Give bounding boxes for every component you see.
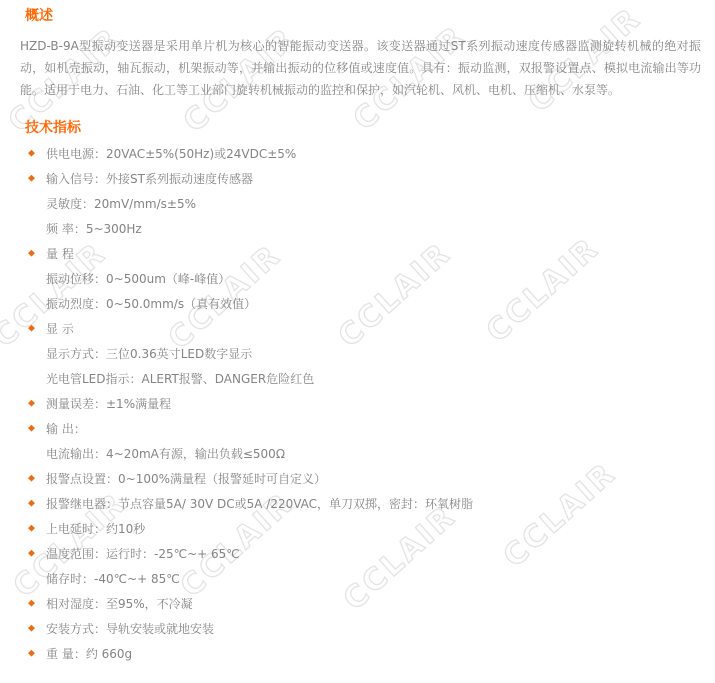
spec-item: ◆ 测量误差：±1%满量程 (20, 391, 715, 416)
spec-text: 温度范围：运行时：-25℃~+ 65℃ (46, 545, 240, 562)
spec-item: ◆ 输 出： (20, 416, 715, 441)
diamond-bullet-icon: ◆ (28, 549, 35, 558)
spec-text: 显示方式：三位0.36英寸LED数字显示 (46, 345, 252, 362)
spec-text: 测量误差：±1%满量程 (46, 395, 171, 412)
spec-text: 频 率：5~300Hz (46, 220, 142, 237)
spec-text: 振动位移：0~500um（峰-峰值） (46, 270, 230, 287)
spec-item: ◆ 光电管LED指示：ALERT报警、DANGER危险红色 (20, 366, 715, 391)
diamond-bullet-icon: ◆ (28, 149, 35, 158)
spec-item: ◆ 振动位移：0~500um（峰-峰值） (20, 266, 715, 291)
spec-text: 上电延时：约10秒 (46, 520, 145, 537)
spec-text: 振动烈度：0~50.0mm/s（真有效值） (46, 295, 256, 312)
spec-item: ◆ 储存时：-40℃~+ 85℃ (20, 566, 715, 591)
spec-text: 输 出： (46, 420, 86, 437)
spec-item: ◆ 安装方式：导轨安装或就地安装 (20, 616, 715, 641)
product-spec-page: 概述 HZD-B-9A型振动变送器是采用单片机为核心的智能振动变送器。该变送器通… (0, 0, 715, 666)
diamond-bullet-icon: ◆ (28, 249, 35, 258)
diamond-bullet-icon: ◆ (28, 649, 35, 658)
spec-text: 输入信号：外接ST系列振动速度传感器 (46, 170, 253, 187)
diamond-bullet-icon: ◆ (28, 599, 35, 608)
diamond-bullet-icon: ◆ (28, 499, 35, 508)
spec-text: 报警继电器：节点容量5A/ 30V DC或5A /220VAC，单刀双掷，密封：… (46, 495, 473, 512)
spec-item: ◆ 温度范围：运行时：-25℃~+ 65℃ (20, 541, 715, 566)
spec-text: 报警点设置：0~100%满量程（报警延时可自定义） (46, 470, 326, 487)
diamond-bullet-icon: ◆ (28, 624, 35, 633)
specs-heading: 技术指标 (0, 101, 715, 135)
spec-item: ◆ 电流输出：4~20mA有源，输出负载≤500Ω (20, 441, 715, 466)
spec-item: ◆ 显示方式：三位0.36英寸LED数字显示 (20, 341, 715, 366)
spec-text: 光电管LED指示：ALERT报警、DANGER危险红色 (46, 370, 314, 387)
spec-item: ◆ 重 量：约 660g (20, 641, 715, 666)
spec-item: ◆ 报警点设置：0~100%满量程（报警延时可自定义） (20, 466, 715, 491)
spec-text: 灵敏度：20mV/mm/s±5% (46, 195, 196, 212)
diamond-bullet-icon: ◆ (28, 524, 35, 533)
spec-text: 电流输出：4~20mA有源，输出负载≤500Ω (46, 445, 285, 462)
spec-item: ◆ 相对湿度：至95%，不冷凝 (20, 591, 715, 616)
diamond-bullet-icon: ◆ (28, 174, 35, 183)
spec-item: ◆ 振动烈度：0~50.0mm/s（真有效值） (20, 291, 715, 316)
diamond-bullet-icon: ◆ (28, 399, 35, 408)
overview-heading: 概述 (0, 0, 715, 23)
spec-item: ◆ 报警继电器：节点容量5A/ 30V DC或5A /220VAC，单刀双掷，密… (20, 491, 715, 516)
spec-text: 储存时：-40℃~+ 85℃ (46, 570, 180, 587)
spec-text: 重 量：约 660g (46, 645, 132, 662)
spec-text: 供电电源：20VAC±5%(50Hz)或24VDC±5% (46, 145, 296, 162)
diamond-bullet-icon: ◆ (28, 474, 35, 483)
overview-paragraph: HZD-B-9A型振动变送器是采用单片机为核心的智能振动变送器。该变送器通过ST… (20, 35, 701, 101)
diamond-bullet-icon: ◆ (28, 324, 35, 333)
spec-text: 相对湿度：至95%，不冷凝 (46, 595, 193, 612)
spec-text: 安装方式：导轨安装或就地安装 (46, 620, 214, 637)
spec-item: ◆ 量 程 (20, 241, 715, 266)
spec-list: ◆ 供电电源：20VAC±5%(50Hz)或24VDC±5% ◆ 输入信号：外接… (20, 141, 715, 666)
diamond-bullet-icon: ◆ (28, 424, 35, 433)
spec-text: 量 程 (46, 245, 74, 262)
spec-item: ◆ 供电电源：20VAC±5%(50Hz)或24VDC±5% (20, 141, 715, 166)
spec-item: ◆ 显 示 (20, 316, 715, 341)
spec-item: ◆ 输入信号：外接ST系列振动速度传感器 (20, 166, 715, 191)
spec-item: ◆ 上电延时：约10秒 (20, 516, 715, 541)
spec-item: ◆ 灵敏度：20mV/mm/s±5% (20, 191, 715, 216)
spec-item: ◆ 频 率：5~300Hz (20, 216, 715, 241)
spec-text: 显 示 (46, 320, 74, 337)
